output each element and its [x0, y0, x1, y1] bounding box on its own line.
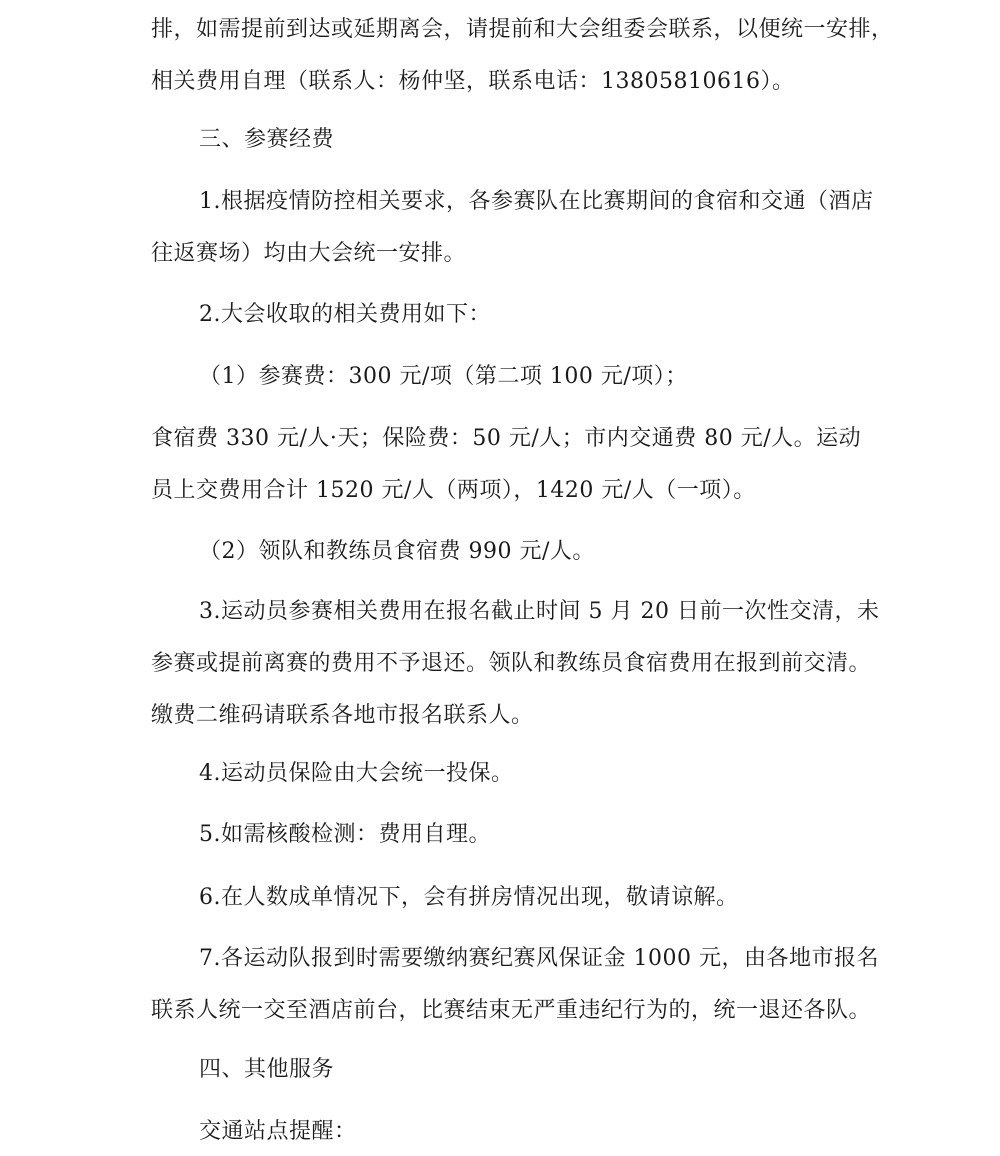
item-7-line-2: 联系人统一交至酒店前台，比赛结束无严重违纪行为的，统一退还各队。 — [151, 996, 911, 1026]
fee-detail-line-1: 食宿费 330 元/人·天；保险费：50 元/人；市内交通费 80 元/人。运动 — [151, 424, 911, 454]
contact-line: 相关费用自理（联系人：杨仲坚，联系电话：13805810616）。 — [151, 67, 911, 97]
item-1-line-1: 1.根据疫情防控相关要求，各参赛队在比赛期间的食宿和交通（酒店 — [199, 187, 959, 217]
transport-reminder-heading: 交通站点提醒： — [199, 1117, 959, 1147]
paragraph-line: 排，如需提前到达或延期离会，请提前和大会组委会联系，以便统一安排， — [151, 15, 911, 45]
item-3-line-1: 3.运动员参赛相关费用在报名截止时间 5 月 20 日前一次性交清，未 — [199, 597, 959, 627]
item-1-line-2: 往返赛场）均由大会统一安排。 — [151, 239, 911, 269]
section-heading-fees: 三、参赛经费 — [199, 125, 959, 155]
item-3-line-3: 缴费二维码请联系各地市报名联系人。 — [151, 701, 911, 731]
sub-item-1-line: （1）参赛费：300 元/项（第二项 100 元/项）； — [199, 362, 959, 392]
item-2-line: 2.大会收取的相关费用如下： — [199, 300, 959, 330]
item-3-line-2: 参赛或提前离赛的费用不予退还。领队和教练员食宿费用在报到前交清。 — [151, 649, 911, 679]
document-page: 排，如需提前到达或延期离会，请提前和大会组委会联系，以便统一安排， 相关费用自理… — [0, 0, 1000, 1156]
sub-item-2-line: （2）领队和教练员食宿费 990 元/人。 — [199, 537, 959, 567]
item-5-line: 5.如需核酸检测：费用自理。 — [199, 820, 959, 850]
item-4-line: 4.运动员保险由大会统一投保。 — [199, 759, 959, 789]
section-heading-other-services: 四、其他服务 — [199, 1055, 959, 1085]
item-7-line-1: 7.各运动队报到时需要缴纳赛纪赛风保证金 1000 元，由各地市报名 — [199, 944, 959, 974]
item-6-line: 6.在人数成单情况下，会有拼房情况出现，敬请谅解。 — [199, 883, 959, 913]
fee-detail-line-2: 员上交费用合计 1520 元/人（两项），1420 元/人（一项）。 — [151, 476, 911, 506]
